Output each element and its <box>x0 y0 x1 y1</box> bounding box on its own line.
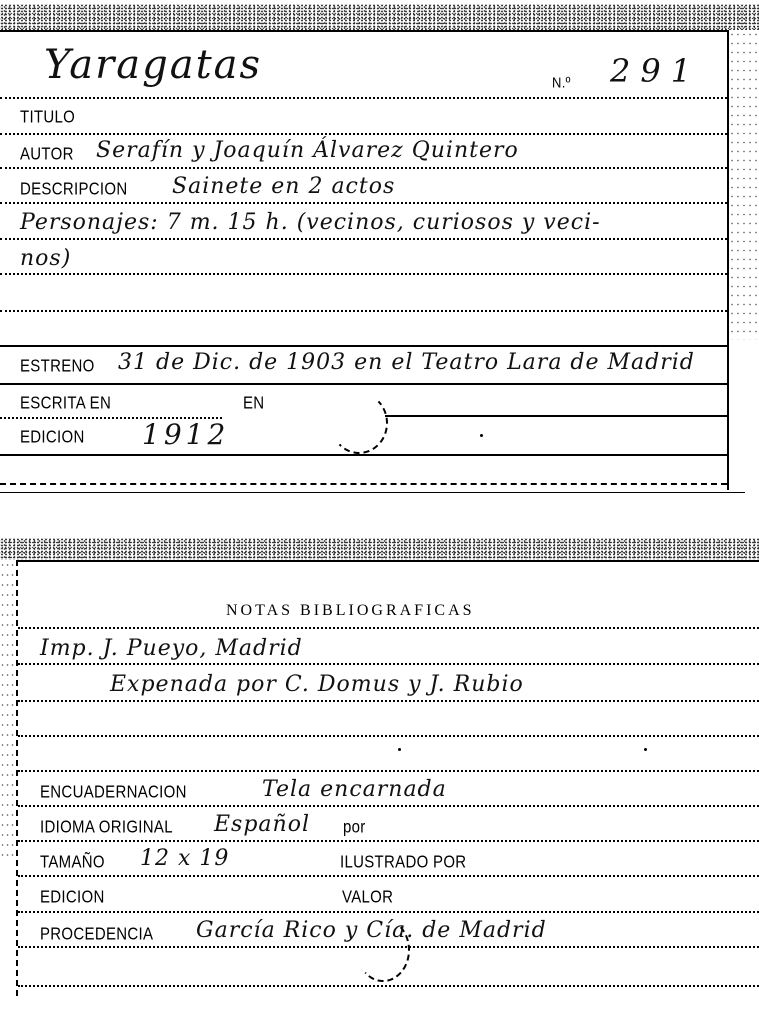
escrita-line-right <box>385 415 727 417</box>
card-right-scan-texture <box>729 30 759 340</box>
idioma-line <box>18 840 759 842</box>
library-stamp-back <box>356 918 410 982</box>
notes-line2: Expenada por C. Domus y J. Rubio <box>110 672 524 697</box>
encuadernacion-label: ENCUADERNACION <box>40 782 187 802</box>
number-label: N.º <box>552 74 571 91</box>
notas-line-3 <box>18 735 759 737</box>
personajes-line1: Personajes: 7 m. 15 h. (vecinos, curioso… <box>20 210 601 235</box>
title-line <box>0 97 727 99</box>
titulo-line <box>0 133 727 135</box>
card-front-top-border <box>0 30 729 32</box>
ink-speck <box>398 748 401 751</box>
edicion-label-back: EDICION <box>40 887 105 907</box>
escrita-en-label: ESCRITA EN <box>20 393 111 413</box>
descripcion-label: DESCRIPCION <box>20 179 127 199</box>
tamano-label: TAMAÑO <box>40 852 105 872</box>
number-value: 291 <box>610 52 701 90</box>
card-back-top-border <box>16 560 759 562</box>
library-stamp <box>330 392 388 454</box>
titulo-label: TITULO <box>20 107 75 127</box>
edicion-label: EDICION <box>20 427 85 447</box>
valor-label: VALOR <box>342 887 393 907</box>
por-label: por <box>343 817 366 837</box>
autor-value: Serafín y Joaquín Álvarez Quintero <box>96 138 519 163</box>
notas-line-last <box>18 985 759 987</box>
personajes-line-2 <box>0 273 727 275</box>
notes-line1: Imp. J. Pueyo, Madrid <box>40 636 303 661</box>
blank-line <box>0 310 727 312</box>
notas-line-4 <box>18 770 759 772</box>
notas-line-1 <box>18 663 759 665</box>
card-back-scan-texture <box>0 538 759 560</box>
idioma-label: IDIOMA ORIGINAL <box>40 817 173 837</box>
idioma-value: Español <box>214 812 310 837</box>
personajes-line2: nos) <box>20 246 71 271</box>
notas-line-0 <box>18 627 759 629</box>
descripcion-line <box>0 202 727 204</box>
estreno-label: ESTRENO <box>20 356 95 376</box>
card-front-right-border <box>727 30 729 490</box>
procedencia-label: PROCEDENCIA <box>40 924 153 944</box>
edicion-value: 1912 <box>142 418 229 451</box>
estreno-value: 31 de Dic. de 1903 en el Teatro Lara de … <box>118 350 695 375</box>
notas-heading: NOTAS BIBLIOGRAFICAS <box>226 602 475 620</box>
autor-label: AUTOR <box>20 144 74 164</box>
descripcion-value: Sainete en 2 actos <box>172 174 395 199</box>
tamano-line <box>18 875 759 877</box>
ilustrado-label: ILUSTRADO POR <box>340 852 466 872</box>
encuadernacion-value: Tela encarnada <box>262 777 447 802</box>
edicion-back-line <box>18 911 759 913</box>
ink-speck <box>644 748 647 751</box>
title-handwritten: Yaragatas <box>44 42 262 88</box>
card-back-left-border <box>16 560 18 1000</box>
notas-line-2 <box>18 700 759 702</box>
page-separator <box>0 492 745 493</box>
card-top-scan-texture <box>0 4 759 30</box>
estreno-line <box>0 383 727 385</box>
ink-speck <box>480 434 483 437</box>
tamano-value: 12 x 19 <box>140 846 229 871</box>
encuadernacion-line <box>18 805 759 807</box>
card-back-left-scan-texture <box>0 560 16 860</box>
edicion-line <box>0 454 727 456</box>
estreno-top-line <box>0 345 727 347</box>
card-front-bottom-edge <box>0 483 727 485</box>
personajes-line-1 <box>0 238 727 240</box>
en-label: EN <box>243 393 264 413</box>
autor-line <box>0 167 727 169</box>
